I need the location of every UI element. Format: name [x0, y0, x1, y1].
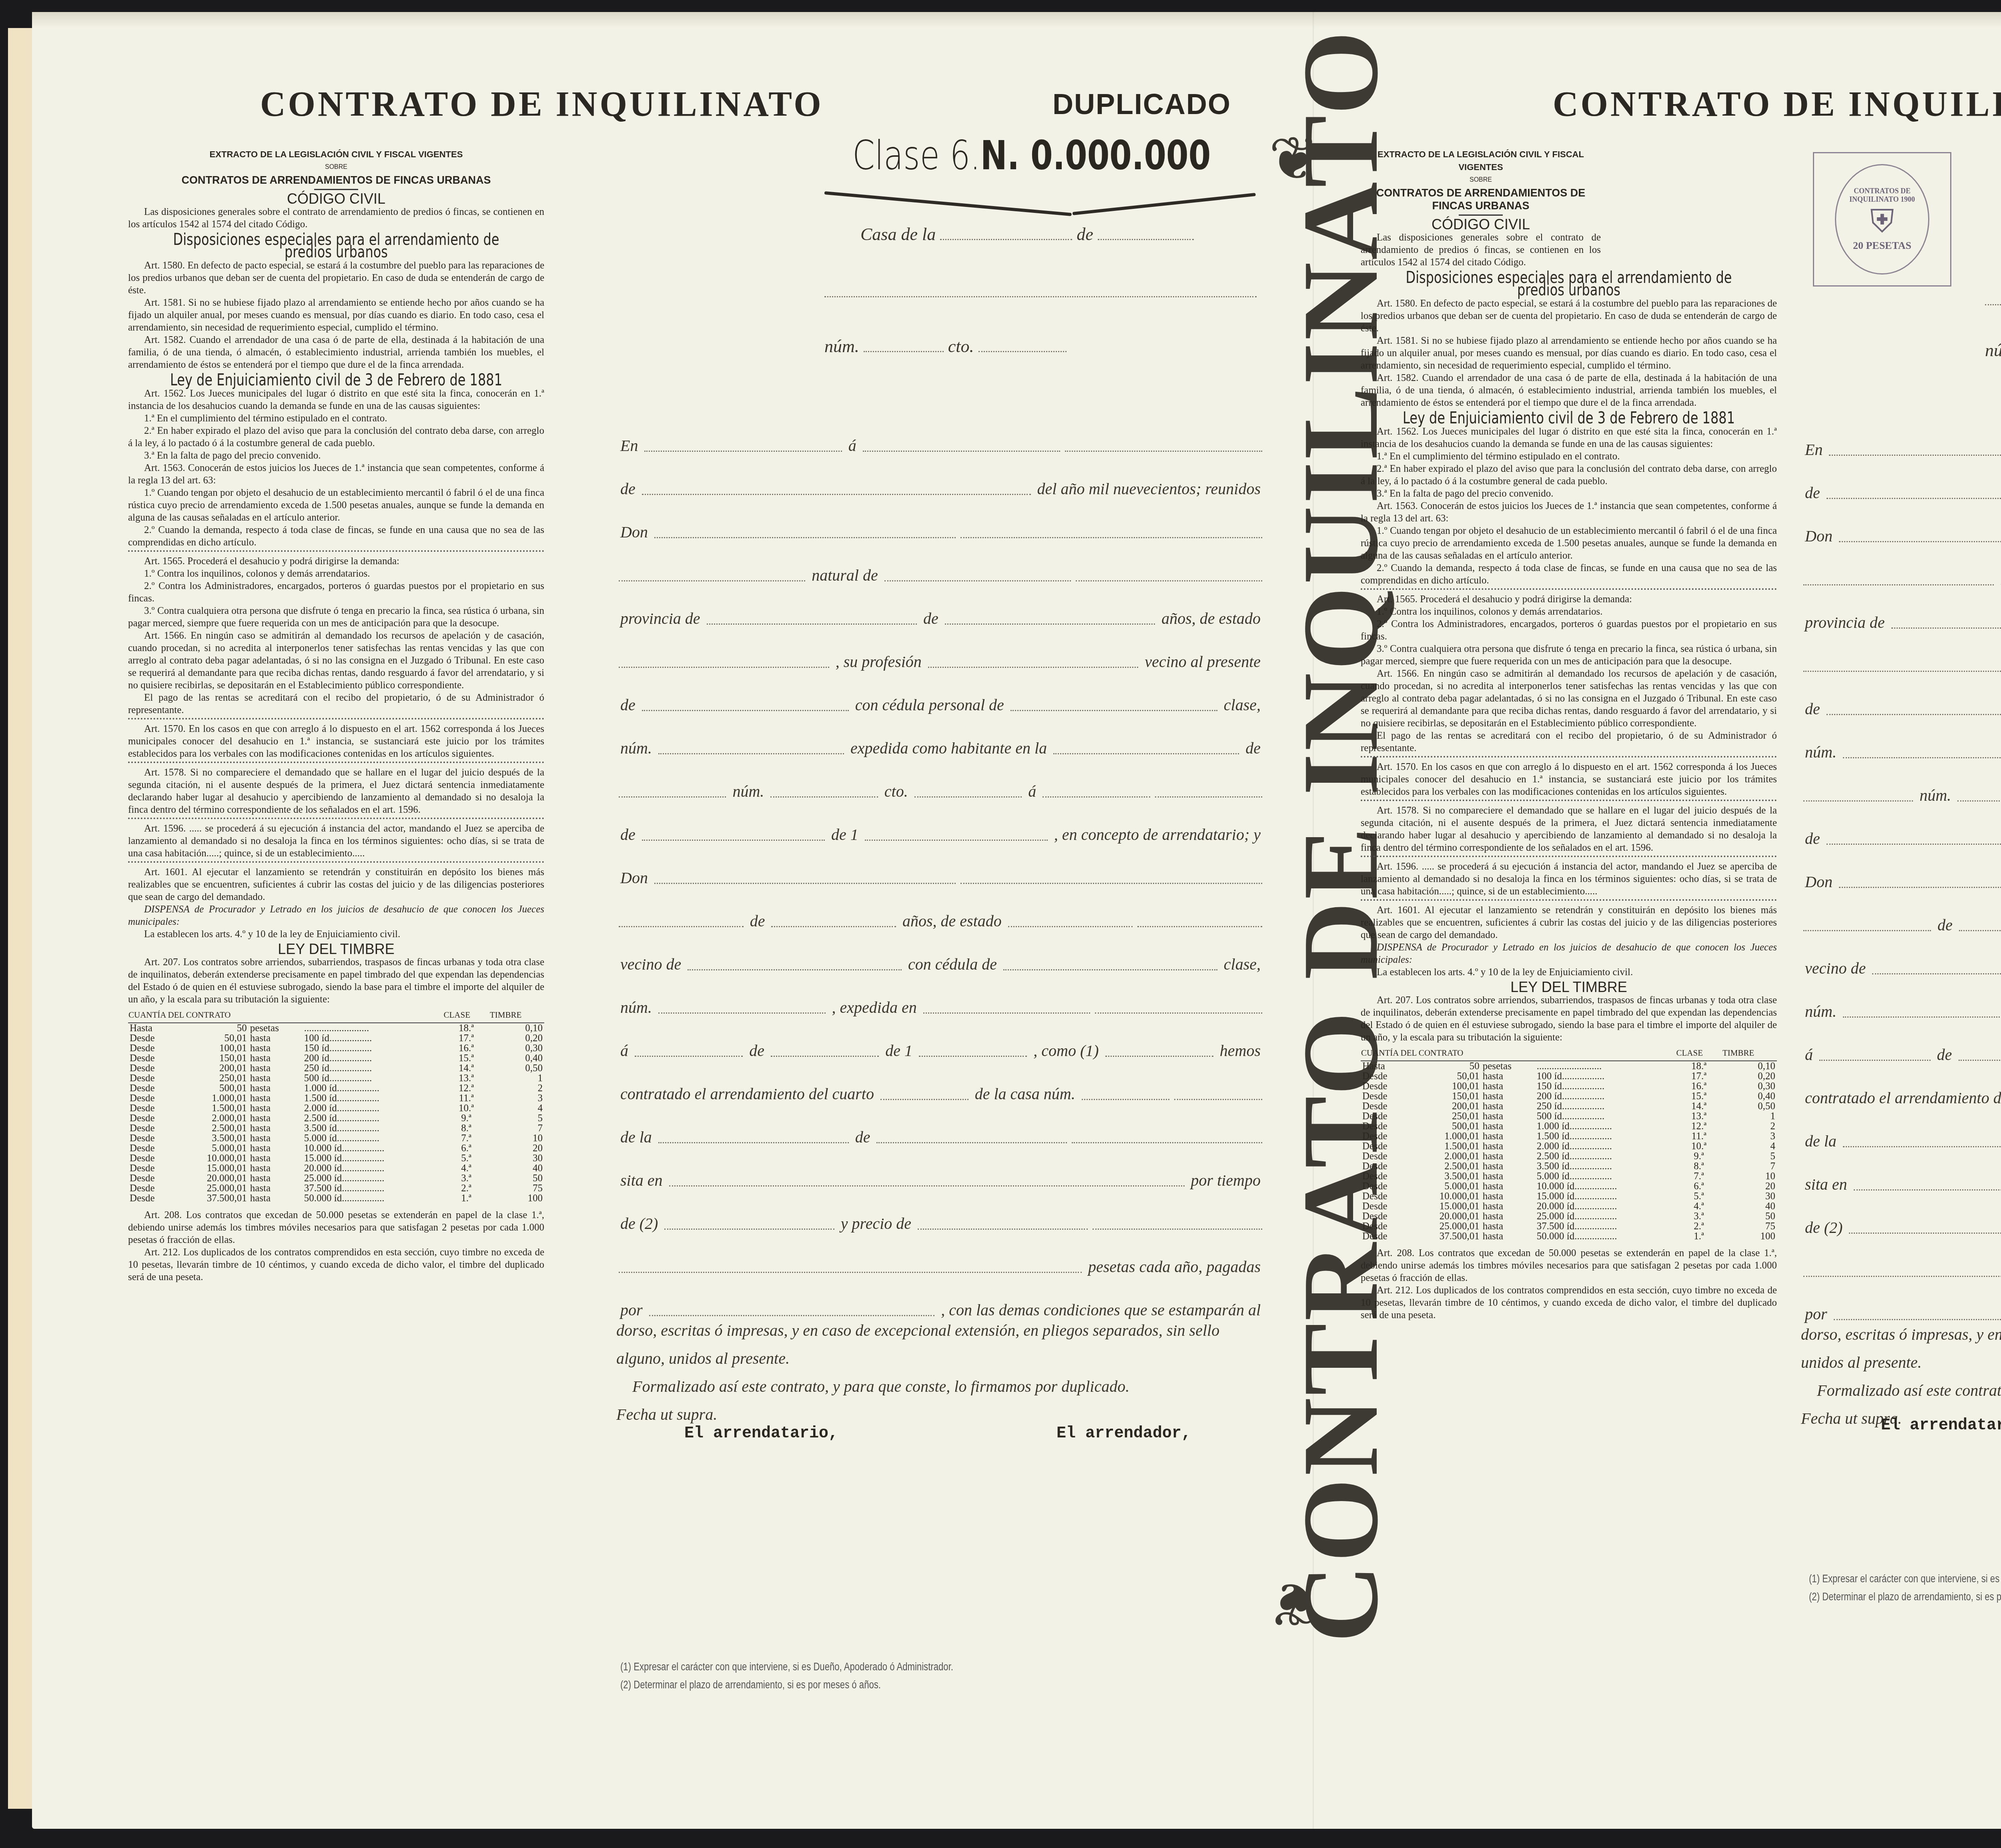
sig-arrendatario-left: El arrendatario,	[684, 1425, 838, 1443]
timbre-row: Desde1.000,01hasta1.500 íd..............…	[1361, 1131, 1777, 1141]
timbre-row: Desde250,01hasta500 íd.................1…	[1361, 1111, 1777, 1121]
timbre-row: Hasta50pesetas..........................…	[1361, 1061, 1777, 1071]
coat-of-arms-icon: ⛨	[1870, 204, 1894, 240]
blank-field	[1155, 792, 1262, 798]
blank-field	[1803, 580, 1994, 585]
form-line[interactable]: deaños, de estado	[1801, 916, 2001, 934]
timbre-row: Desde2.000,01hasta2.500 íd..............…	[1361, 1151, 1777, 1161]
blank-field	[1843, 1142, 2001, 1147]
timbre-row: Desde2.500,01hasta3.500 íd..............…	[1361, 1161, 1777, 1171]
clase-label: Clase 6.	[852, 132, 980, 179]
timbre-row: Desde37.500,01hasta50.000 íd............…	[1361, 1231, 1777, 1241]
blank-field	[880, 1095, 968, 1100]
timbre-row: Desde2.000,01hasta2.500 íd..............…	[128, 1113, 544, 1123]
blank-field	[1827, 494, 2001, 499]
blank-field	[658, 1138, 849, 1143]
form-line[interactable]: decon cédula personal declase,	[1801, 700, 2001, 718]
form-line[interactable]: Don	[616, 868, 1265, 887]
form-line[interactable]: núm.expedida como habitante en lade	[1801, 743, 2001, 762]
blank-field	[642, 836, 825, 841]
blank-field	[1065, 447, 1262, 452]
blank-field	[619, 663, 829, 668]
timbre-row: Desde15.000,01hasta20.000 íd............…	[1361, 1201, 1777, 1211]
form-closing-right: dorso, escritas ó impresas, y en caso de…	[1801, 1321, 2001, 1433]
timbre-row: Desde1.500,01hasta2.000 íd..............…	[128, 1103, 544, 1113]
left-clase: Clase 6.N. 0.000.000	[852, 132, 1211, 179]
form-line[interactable]: contratado el arrendamiento del cuartode…	[1801, 1088, 2001, 1107]
timbre-row: Desde150,01hasta200 íd.................1…	[128, 1053, 544, 1063]
timbre-row: Desde50,01hasta100 íd.................17…	[1361, 1071, 1777, 1081]
blank-field	[771, 1052, 879, 1057]
form-line[interactable]: Ená	[616, 436, 1265, 455]
casa-de-la-row-left: Casa de la de	[860, 224, 1194, 245]
blank-field	[1959, 1056, 2001, 1061]
timbre-row: Desde150,01hasta200 íd.................1…	[1361, 1091, 1777, 1101]
blank-field	[619, 922, 744, 927]
form-line[interactable]: ádede 1, como (1)hemos	[616, 1041, 1265, 1060]
form-line[interactable]: dedel año mil nuevecientos; reunidos	[1801, 483, 2001, 502]
blank-field	[1843, 1012, 2001, 1018]
contract-form-right: Enádedel año mil nuevecientos; reunidosD…	[1801, 440, 2001, 1401]
timbre-row: Desde1.500,01hasta2.000 íd..............…	[1361, 1141, 1777, 1151]
form-line[interactable]: núm.cto.á	[1801, 786, 2001, 805]
contract-form-left: Enádedel año mil nuevecientos; reunidosD…	[616, 436, 1265, 1397]
blank-field	[1093, 1225, 1262, 1230]
form-line[interactable]: de (2)y precio de	[1801, 1218, 2001, 1237]
timbre-row: Desde20.000,01hasta25.000 íd............…	[128, 1173, 544, 1183]
blank-field	[1819, 1056, 1931, 1061]
blank-field	[642, 706, 849, 711]
blank-field	[918, 1225, 1087, 1230]
blank-field	[865, 836, 1048, 841]
timbre-row: Desde100,01hasta150 íd.................1…	[128, 1043, 544, 1053]
timbre-table: CUANTÍA DEL CONTRATO CLASE TIMBRE Hasta5…	[128, 1010, 544, 1203]
blank-field	[642, 490, 1031, 495]
blank-field	[658, 749, 844, 754]
blank-field	[644, 447, 842, 452]
form-line[interactable]: vecino decon cédula declase,	[616, 955, 1265, 974]
casa-blank-line	[1985, 304, 2001, 305]
blank-field	[876, 1138, 1067, 1143]
form-line[interactable]: dede 1, en concepto de arrendatario; y	[616, 825, 1265, 844]
legal-extract-left: EXTRACTO DE LA LEGISLACIÓN CIVIL Y FISCA…	[128, 148, 544, 1283]
blank-field	[1839, 883, 2001, 888]
footnote-2-left: (2) Determinar el plazo de arrendamiento…	[620, 1679, 881, 1691]
left-title: CONTRATO DE INQUILINATO	[260, 84, 824, 124]
blank-field	[649, 1311, 935, 1316]
blank-field	[960, 879, 1262, 884]
timbre-row: Desde50,01hasta100 íd.................17…	[128, 1033, 544, 1043]
timbre-row: Desde200,01hasta250 íd.................1…	[128, 1063, 544, 1073]
sig-arrendatario-right: El arrendatario,	[1881, 1417, 2001, 1435]
blank-field	[1827, 710, 2001, 715]
blank-field	[1839, 537, 2001, 542]
blank-field	[1137, 922, 1262, 927]
timbre-row: Desde10.000,01hasta15.000 íd............…	[1361, 1191, 1777, 1201]
tax-stamp: CONTRATOS DE INQUILINATO 1900 ⛨ 20 PESET…	[1813, 152, 1951, 287]
blank-field	[688, 965, 902, 970]
blank-field	[619, 576, 805, 581]
blank-field	[1803, 796, 1913, 802]
blank-field	[619, 792, 726, 798]
form-line[interactable]: sita enpor tiempo	[616, 1171, 1265, 1190]
form-line[interactable]: , su profesiónvecino al presente	[1801, 656, 2001, 675]
blank-field	[1053, 749, 1239, 754]
blank-field	[664, 1225, 834, 1230]
blank-field	[1957, 796, 2001, 802]
sig-arrendador-left: El arrendador,	[1057, 1425, 1191, 1443]
blank-field	[669, 1181, 1185, 1187]
timbre-row: Desde250,01hasta500 íd.................1…	[128, 1073, 544, 1083]
blank-field	[1843, 753, 2001, 758]
timbre-row: Desde3.500,01hasta5.000 íd..............…	[128, 1133, 544, 1143]
casa-blank-line	[824, 296, 1257, 297]
timbre-table: CUANTÍA DEL CONTRATO CLASE TIMBRE Hasta5…	[1361, 1048, 1777, 1241]
form-line[interactable]: pesetas cada año, pagadas	[616, 1257, 1265, 1276]
timbre-row: Desde15.000,01hasta20.000 íd............…	[128, 1163, 544, 1173]
form-line[interactable]: Ená	[1801, 440, 2001, 459]
blank-field	[1043, 792, 1150, 798]
form-line[interactable]: vecino decon cédula declase,	[1801, 959, 2001, 978]
blank-field	[1891, 623, 2001, 629]
duplicado-label: DUPLICADO	[1053, 88, 1231, 121]
blank-field	[960, 533, 1262, 538]
blank-field	[635, 1052, 743, 1057]
blank-field	[1174, 1095, 1262, 1100]
blank-field	[654, 533, 956, 538]
blank-field	[1827, 840, 2001, 845]
blank-field	[1872, 969, 2001, 974]
blank-field	[1803, 926, 1931, 931]
form-closing-left: dorso, escritas ó impresas, y en caso de…	[616, 1317, 1257, 1429]
ornament-bottom-icon: ❦	[1269, 1569, 1319, 1638]
form-line[interactable]: núm., expedida en	[1801, 1002, 2001, 1021]
timbre-row: Desde100,01hasta150 íd.................1…	[1361, 1081, 1777, 1091]
form-line[interactable]: pesetas cada año, pagadas	[1801, 1261, 2001, 1280]
timbre-row: Desde25.000,01hasta37.500 íd............…	[128, 1183, 544, 1193]
blank-field	[919, 1052, 1027, 1057]
num-cto-row-right: núm. cto.	[1985, 340, 2001, 361]
blank-field	[884, 576, 1071, 581]
blank-field	[1959, 926, 2001, 931]
blank-field	[1072, 1138, 1262, 1143]
form-line[interactable]: natural de	[616, 566, 1265, 585]
blank-field	[654, 879, 956, 884]
form-line[interactable]: dedel año mil nuevecientos; reunidos	[616, 479, 1265, 498]
blank-field	[1105, 1052, 1213, 1057]
blank-field	[928, 663, 1139, 668]
form-line[interactable]: núm.cto.á	[616, 782, 1265, 801]
legal-heading: EXTRACTO DE LA LEGISLACIÓN CIVIL Y FISCA…	[128, 148, 544, 161]
form-line[interactable]: contratado el arrendamiento del cuartode…	[616, 1084, 1265, 1103]
footnote-2-right: (2) Determinar el plazo de arrendamiento…	[1809, 1591, 2001, 1603]
blank-field	[914, 792, 1022, 798]
form-line[interactable]: sita enpor tiempo	[1801, 1175, 2001, 1194]
blank-field	[658, 1008, 826, 1014]
blank-field	[1854, 1185, 2001, 1191]
form-line[interactable]: natural de	[1801, 570, 2001, 589]
footnote-1-left: (1) Expresar el carácter con que intervi…	[620, 1661, 953, 1673]
blank-field	[945, 619, 1155, 625]
timbre-row: Desde5.000,01hasta10.000 íd.............…	[128, 1143, 544, 1153]
num-cto-row-left: núm. cto.	[824, 336, 1067, 357]
form-line[interactable]: de lade	[616, 1128, 1265, 1146]
form-line[interactable]: decon cédula personal declase,	[616, 696, 1265, 714]
form-line[interactable]: , su profesiónvecino al presente	[616, 652, 1265, 671]
timbre-row: Hasta50pesetas..........................…	[128, 1023, 544, 1033]
form-line[interactable]: núm., expedida en	[616, 998, 1265, 1017]
serial-number: N. 0.000.000	[980, 132, 1211, 179]
stamp-oval: CONTRATOS DE INQUILINATO 1900 ⛨ 20 PESET…	[1835, 164, 1929, 275]
timbre-row: Desde10.000,01hasta15.000 íd............…	[128, 1153, 544, 1163]
blank-field	[771, 922, 896, 927]
form-line[interactable]: provincia dedeaños, de estado	[1801, 613, 2001, 632]
blank-field	[923, 1008, 1091, 1014]
timbre-row: Desde37.500,01hasta50.000 íd............…	[128, 1193, 544, 1203]
codigo-civil-heading: CÓDIGO CIVIL	[128, 192, 544, 205]
form-line[interactable]: Don	[1801, 527, 2001, 545]
blank-field	[619, 1268, 1082, 1273]
blank-field	[707, 619, 917, 625]
footnote-1-right: (1) Expresar el carácter con que intervi…	[1809, 1573, 2001, 1585]
blank-field	[1011, 706, 1217, 711]
blank-field	[863, 447, 1060, 452]
form-line[interactable]: Don	[1801, 872, 2001, 891]
timbre-row: Desde200,01hasta250 íd.................1…	[1361, 1101, 1777, 1111]
blank-field	[1095, 1008, 1262, 1014]
blank-field	[1076, 576, 1262, 581]
timbre-row: Desde500,01hasta1.000 íd................…	[128, 1083, 544, 1093]
blank-field	[1008, 922, 1133, 927]
form-line[interactable]: de lade	[1801, 1132, 2001, 1150]
timbre-row: Desde20.000,01hasta25.000 íd............…	[1361, 1211, 1777, 1221]
blank-field	[1803, 1272, 2001, 1277]
blank-field	[1829, 451, 2001, 456]
ley-timbre-heading: LEY DEL TIMBRE	[128, 943, 544, 955]
form-line[interactable]: deaños, de estado	[616, 912, 1265, 930]
form-line[interactable]: dede 1, en concepto de arrendatario; y	[1801, 829, 2001, 848]
timbre-row: Desde2.500,01hasta3.500 íd..............…	[128, 1123, 544, 1133]
timbre-row: Desde1.000,01hasta1.500 íd..............…	[128, 1093, 544, 1103]
blank-field	[1803, 667, 2001, 672]
legal-extract-right: EXTRACTO DE LA LEGISLACIÓN CIVIL Y FISCA…	[1361, 148, 1777, 1321]
form-line[interactable]: núm.expedida como habitante en lade	[616, 739, 1265, 758]
timbre-row: Desde5.000,01hasta10.000 íd.............…	[1361, 1181, 1777, 1191]
right-title: CONTRATO DE INQUILINATO	[1553, 84, 2001, 124]
form-line[interactable]: de (2)y precio de	[616, 1214, 1265, 1233]
blank-field	[1849, 1229, 2001, 1234]
blank-field	[770, 792, 878, 798]
timbre-row: Desde25.000,01hasta37.500 íd............…	[1361, 1221, 1777, 1231]
blank-field	[1082, 1095, 1170, 1100]
blank-field	[1003, 965, 1217, 970]
form-line[interactable]: ádede 1, como (1)hemos	[1801, 1045, 2001, 1064]
form-line[interactable]: provincia dedeaños, de estado	[616, 609, 1265, 628]
timbre-row: Desde500,01hasta1.000 íd................…	[1361, 1121, 1777, 1131]
form-line[interactable]: Don	[616, 523, 1265, 541]
timbre-row: Desde3.500,01hasta5.000 íd..............…	[1361, 1171, 1777, 1181]
blank-field	[1834, 1315, 2001, 1320]
